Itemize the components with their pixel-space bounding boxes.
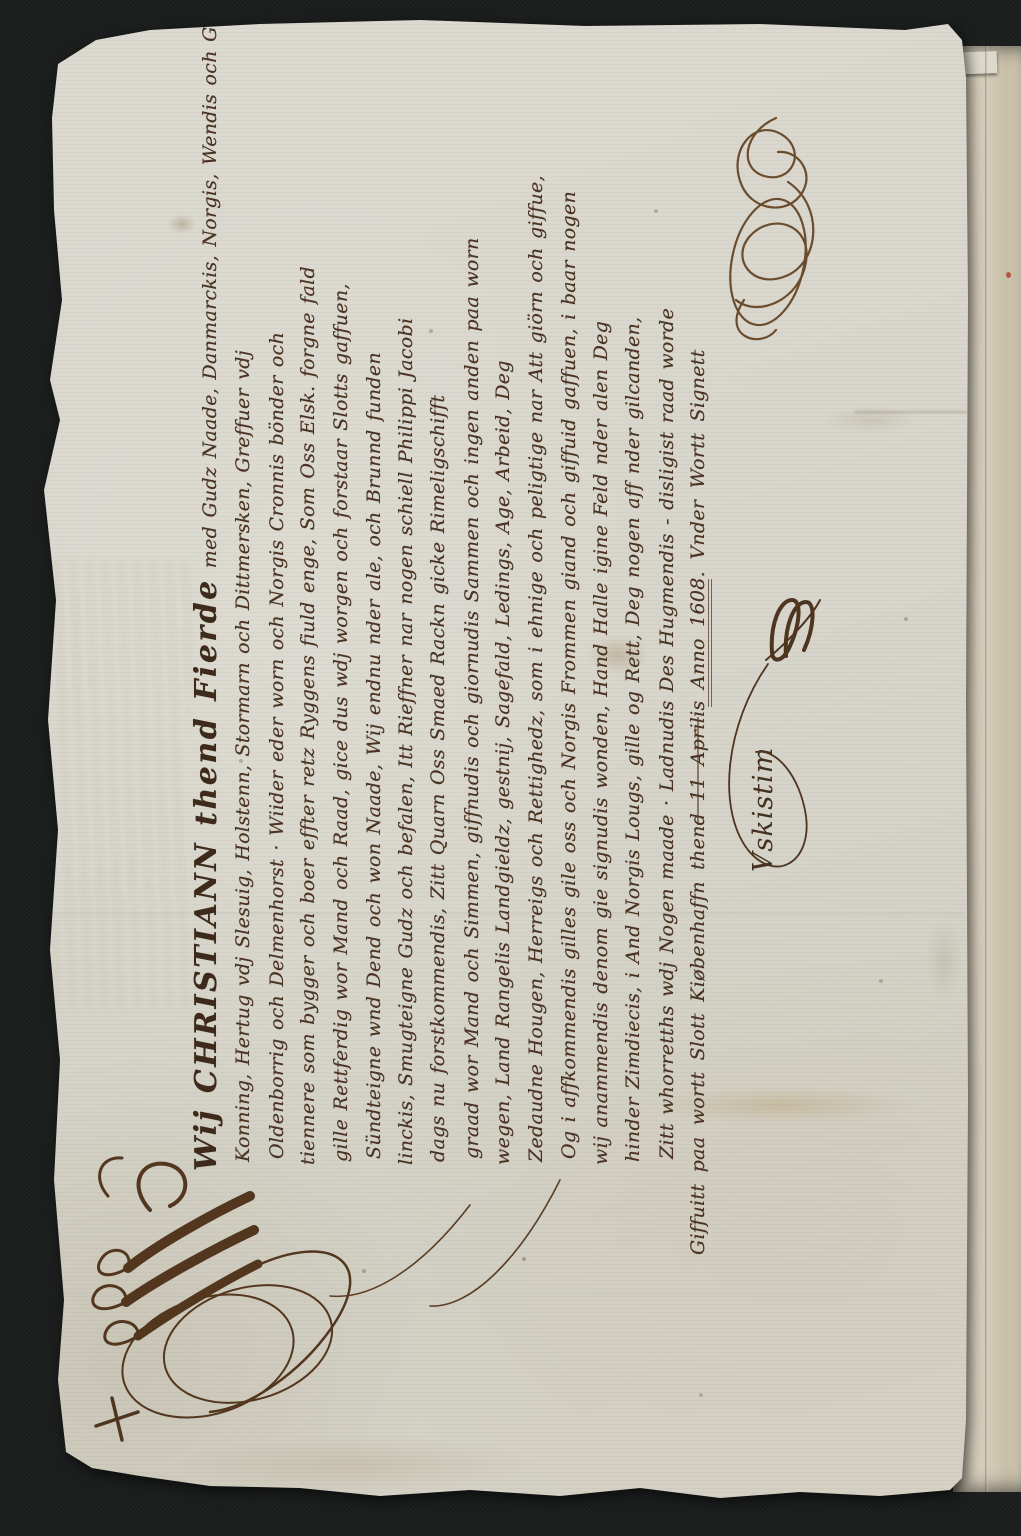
photograph-background: Wij CHRISTIANN thend Fierdemed Gudz Naad… (0, 0, 1021, 1536)
fold-crease-lower (60, 1292, 940, 1295)
pen-cross-mark (96, 1398, 138, 1440)
manuscript-line: wij anammendis denom gie signudis wonden… (585, 105, 618, 1255)
manuscript-line: Konning, Hertug vdj Slesuig, Holstenn, S… (227, 102, 260, 1252)
manuscript-line: Wij CHRISTIANN thend Fierdemed Gudz Naad… (187, 105, 227, 1255)
fold-crease-upper (855, 411, 967, 413)
manuscript-text-block: Wij CHRISTIANN thend Fierdemed Gudz Naad… (187, 102, 715, 1252)
manuscript-line: Og i affkommendis gilles gile oss och No… (553, 99, 586, 1249)
paper-surface: Wij CHRISTIANN thend Fierdemed Gudz Naad… (0, 0, 1021, 1536)
secretary-signature: Vskistim (748, 642, 782, 872)
manuscript-line: Sündteigne wnd Dend och won Naade, Wij e… (358, 99, 391, 1249)
paraph-flourish (719, 118, 816, 339)
ink-showthrough (55, 560, 190, 1010)
manuscript-line: gille Rettferdig wor Mand och Raad, gice… (325, 102, 358, 1252)
manuscript-line: tiennere som bygger och boer effter retz… (292, 105, 325, 1255)
foxing-specks (0, 0, 2, 2)
manuscript-sheet: Wij CHRISTIANN thend Fierdemed Gudz Naad… (0, 0, 1021, 1536)
manuscript-line: wegen, Land Rangelis Landgieldz, gestnij… (487, 105, 520, 1255)
royal-intitulatio: Wij CHRISTIANN thend Fierde (189, 578, 224, 1171)
manuscript-line: dags nu forstkommendis, Zitt Quarn Oss S… (422, 102, 455, 1252)
manuscript-line: Zedaudne Hougen, Herreigs och Rettighedz… (520, 102, 553, 1252)
manuscript-line-text: med Gudz Naade, Danmarckis, Norgis, Wend… (199, 0, 221, 568)
manuscript-line: Oldenborrig och Delmenhorst · Wiider ede… (260, 99, 293, 1249)
manuscript-line: linckis, Smugteigne Gudz och befalen, It… (390, 105, 423, 1255)
manuscript-line: hinder Zimdiecis, i And Norgis Lougs, gi… (617, 102, 650, 1252)
manuscript-line: graad wor Mand och Simmen, giffnudis och… (455, 99, 488, 1249)
manuscript-dateline: Giffuitt paa wortt Slott Kiøbenhaffn the… (682, 105, 715, 1255)
manuscript-line: Zitt whorretths wdj Nogen maade · Ladnud… (650, 99, 683, 1249)
